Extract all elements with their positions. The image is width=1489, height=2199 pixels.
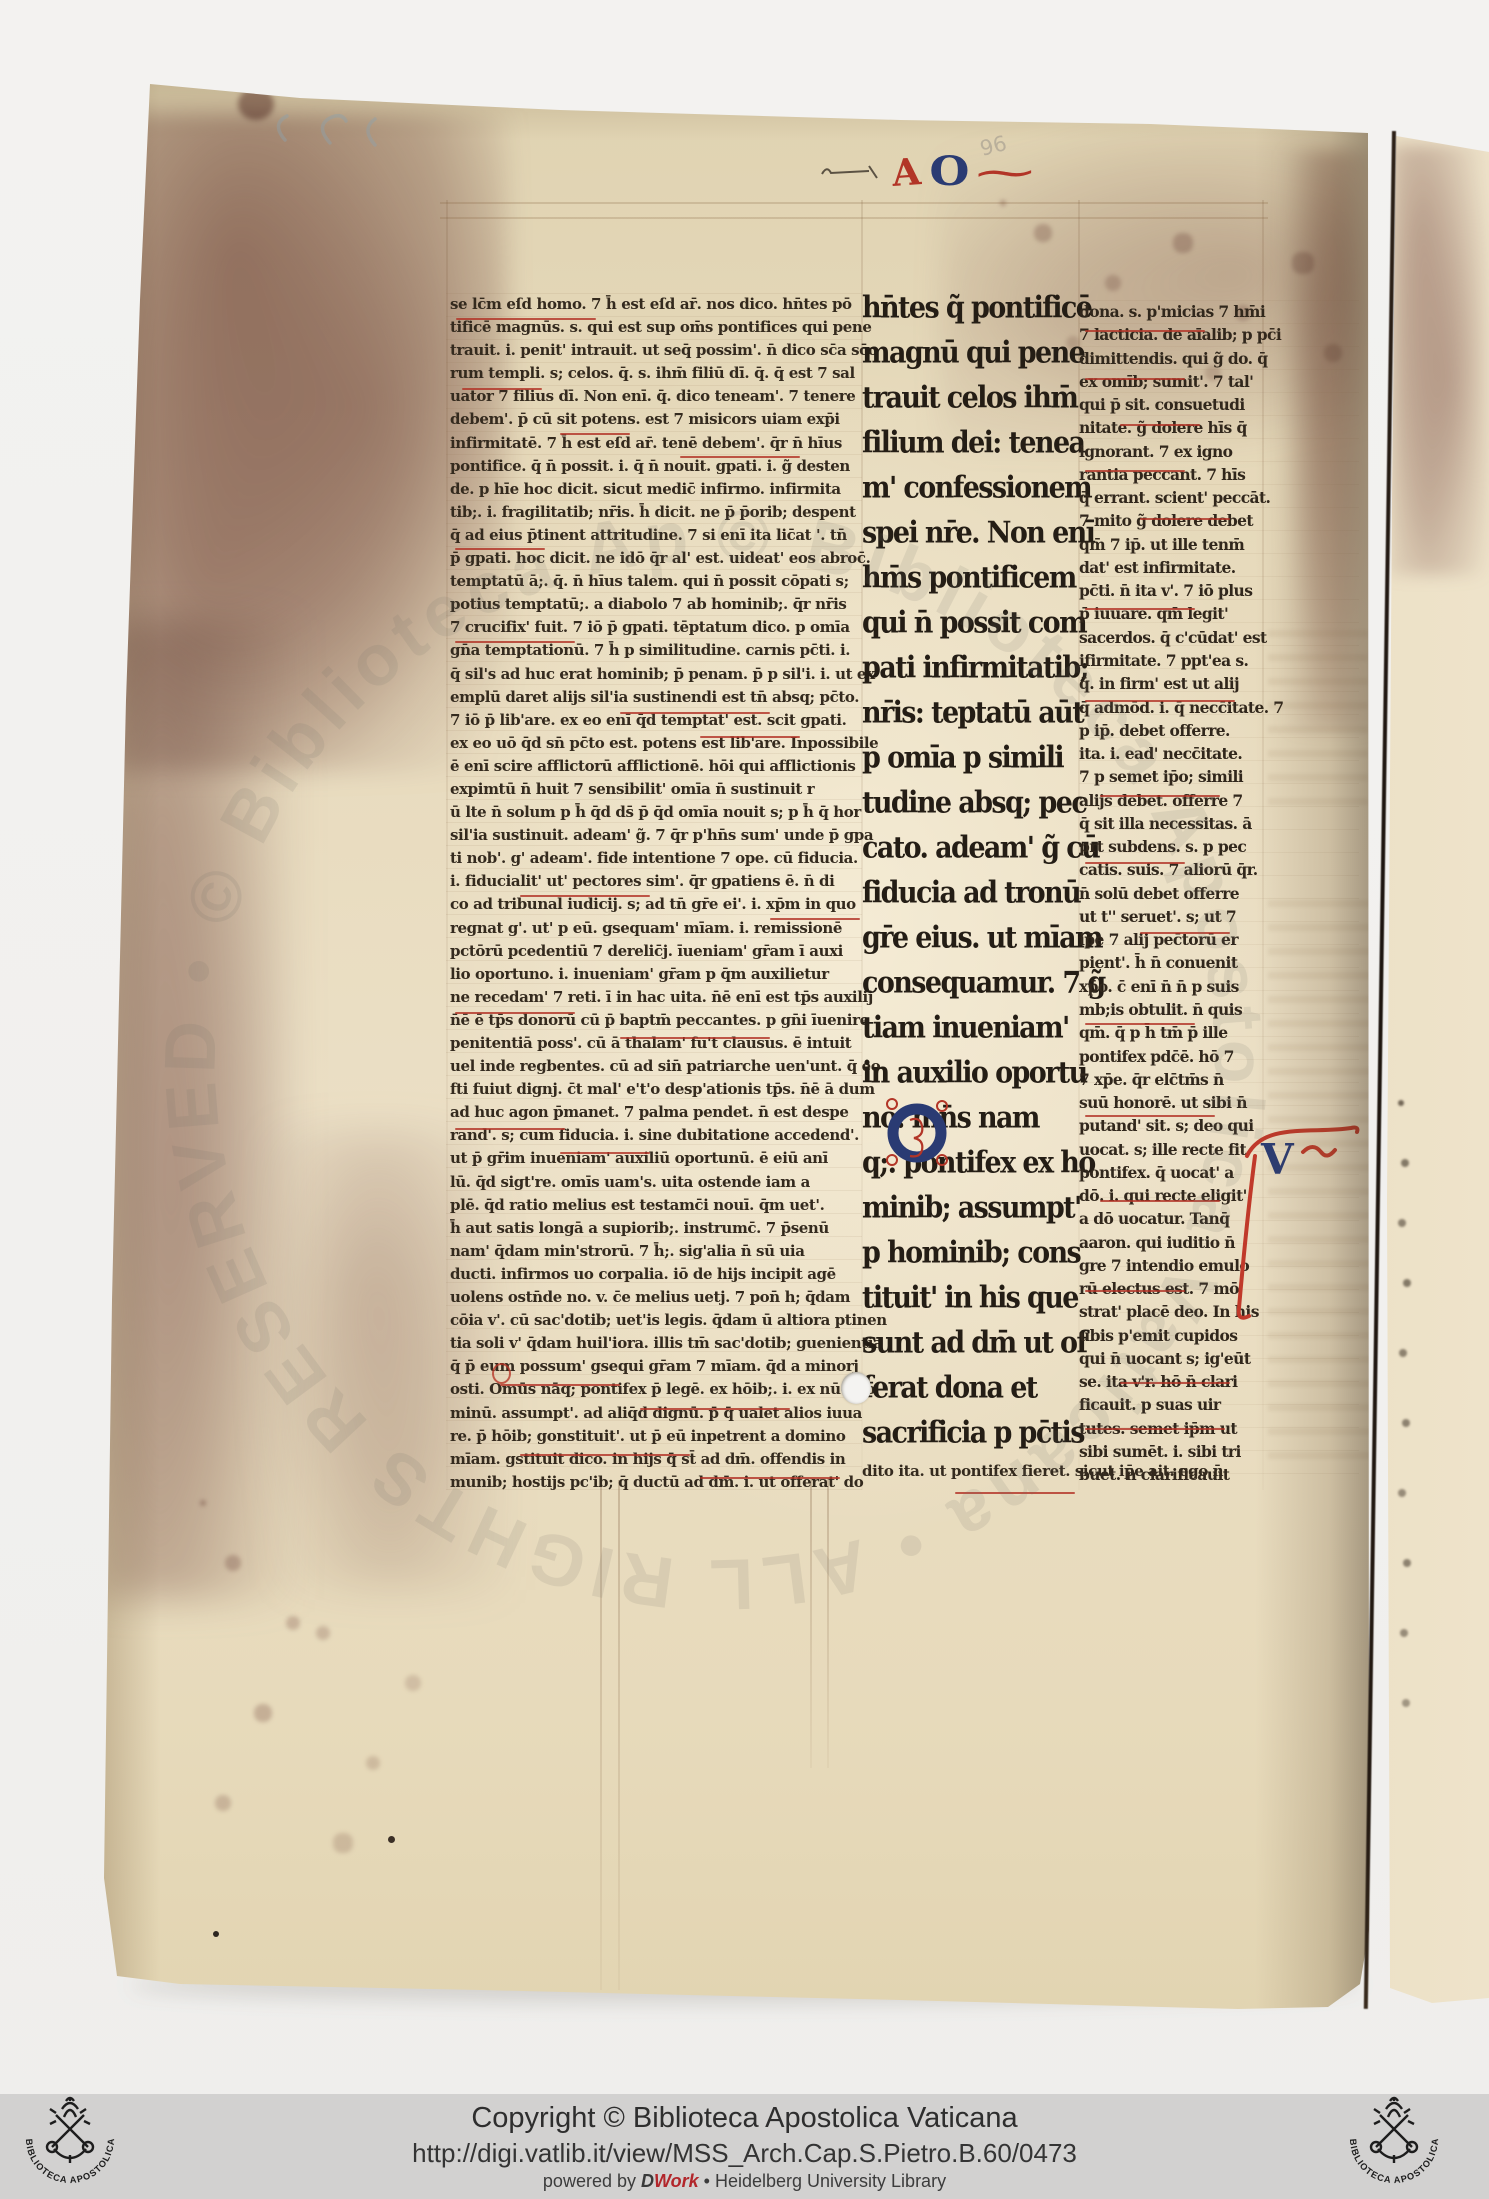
red-underline — [640, 1408, 790, 1410]
text-line: ex eo uō q̄d sn̄ pc̄to est. potens est l… — [450, 732, 864, 755]
red-underline — [560, 433, 630, 435]
gutter-shadow — [1255, 120, 1369, 2010]
powered-prefix: powered by — [543, 2171, 641, 2191]
text-line: q̄. in firm' est ut alij — [1079, 672, 1259, 695]
text-line: nitate. g̃ dolere hīs q̄ — [1079, 416, 1259, 439]
stain-speckles-bottom-left — [200, 1500, 206, 1506]
text-line: dat' est infirmitate. — [1079, 556, 1259, 579]
ruling-v-below-1 — [600, 1480, 602, 1990]
text-line: ut p̄ gr̄im inueniam' auxiliū oportunū. … — [450, 1147, 864, 1170]
text-line: minū. assumpt'. ad aliq̄d dignū. p̄ q̄ u… — [450, 1402, 864, 1425]
text-line: qm̄ 7 ip̄. ut ille tenm̄ — [1079, 533, 1259, 556]
text-line: p ip̄. debet offerre. — [1079, 719, 1259, 742]
text-line: p hominib; cons — [862, 1228, 1078, 1278]
red-underline — [1120, 424, 1200, 426]
running-title-red-letter: A — [891, 149, 923, 195]
text-line: gre 7 intendio emulo — [1079, 1254, 1259, 1277]
text-line: ne recedam' 7 reti. ī in hac uita. n̄ē e… — [450, 986, 864, 1009]
text-line: aaron. qui iuditio n̄ — [1079, 1231, 1259, 1254]
text-line: q̄ sil's ad huc erat hominib; p̄ penam. … — [450, 663, 864, 686]
powered-suffix: • Heidelberg University Library — [699, 2171, 946, 2191]
text-line: tituit' in his que — [862, 1273, 1078, 1323]
ruling-v1 — [446, 200, 448, 1490]
dwork-logo-text: Work — [654, 2171, 699, 2191]
text-line: pc̄ti. n̄ ita v'. 7 iō plus — [1079, 579, 1259, 602]
text-line: putand' sit. s; deo qui — [1079, 1114, 1259, 1137]
red-underline — [1085, 1290, 1185, 1292]
red-underline — [955, 1492, 1075, 1494]
red-underline — [700, 1477, 840, 1479]
text-line: q̄ admōd. i. q̄ necc̄itate. 7 — [1079, 696, 1259, 719]
text-line: munib; hostijs pc'ib; q̄ ductū ad dm̄. i… — [450, 1471, 864, 1494]
marginal-gloss-column: dona. s. p'micias 7 hm̄i7 lacticia. de a… — [1079, 300, 1259, 1487]
text-line: ficauit. p suas uir — [1079, 1393, 1259, 1416]
text-line: potius temptatū;. a diabolo 7 ab hominib… — [450, 593, 864, 616]
initial-O-icon — [884, 1094, 950, 1172]
vatican-library-logo-left: BIBLIOTECA APOSTOLICA VATICANA — [18, 2095, 122, 2199]
red-underline — [620, 712, 770, 714]
text-line: prt subdens. s. p pec — [1079, 835, 1259, 858]
text-line: strat' placē deo. In his — [1079, 1300, 1259, 1323]
red-underline — [1085, 470, 1185, 472]
text-line: penitentiā poss'. cū ā thalam' fu't clau… — [450, 1032, 864, 1055]
text-line: co ad tribunal iudicij. s; ad tn̄ gr̄e e… — [450, 893, 864, 916]
text-line: i. fiducialit' ut' pectores sim'. q̄r gp… — [450, 870, 864, 893]
text-line: 7 crucifix' fuit. 7 iō p̄ gpati. tēptatu… — [450, 616, 864, 639]
red-underline — [620, 1037, 770, 1039]
text-line: trauit. i. penit' intrauit. ut seq̄ poss… — [450, 339, 864, 362]
text-line: uel inde regbentes. cū ad sin̄ patriarch… — [450, 1055, 864, 1078]
text-line: nam' q̄dam min'strorū. 7 h̄;. sig'alia n… — [450, 1240, 864, 1263]
red-underline — [1120, 1382, 1230, 1384]
text-line: fti fuiut dignj. c̄t mal' e't'o desp'ati… — [450, 1078, 864, 1101]
ink-speck — [213, 1931, 219, 1937]
ink-speck — [388, 1836, 395, 1843]
vatican-library-logo-right: BIBLIOTECA APOSTOLICA VATICANA — [1342, 2095, 1446, 2199]
stain-sliver — [1390, 145, 1489, 575]
text-line: osti. Omūs nāq; pontifex p̄ legē. ex hōi… — [450, 1378, 864, 1401]
text-line: cōia v'. cū sac'dotib; uet'is legis. q̄d… — [450, 1309, 864, 1332]
ruling-v-below-3 — [810, 1478, 812, 1768]
text-line: in auxilio oportu — [862, 1048, 1078, 1098]
text-line: tib;. i. fragilitatib; nr̄is. h̄ dicit. … — [450, 501, 864, 524]
text-line: consequamur. 7 g̃ — [862, 958, 1078, 1008]
text-line: sil'ia sustinuit. adeam' g̃. 7 q̄r p'hn̄… — [450, 824, 864, 847]
text-line: hm̄s pontificem — [862, 553, 1078, 603]
footer-bar: Copyright © Biblioteca Apostolica Vatica… — [0, 2094, 1489, 2199]
footer-url[interactable]: http://digi.vatlib.it/view/MSS_Arch.Cap.… — [0, 2138, 1489, 2169]
text-line: cato. adeam' g̃ cū — [862, 823, 1078, 873]
decorated-initial-O — [884, 1094, 950, 1172]
pricking-marks — [1398, 1100, 1404, 1106]
text-line: ignorant. 7 ex igno — [1079, 440, 1259, 463]
red-touched-initial — [492, 1363, 511, 1384]
text-line: lio oportuno. i. inueniam' gr̄am p q̄m a… — [450, 963, 864, 986]
text-line: nr̄is: teptatū aūt — [862, 688, 1078, 738]
text-line: q̄ p̄ eum possum' gsequi gr̄am 7 mīam. q… — [450, 1355, 864, 1378]
text-line: sacrificia p pc̄tis — [862, 1408, 1078, 1458]
red-underline — [462, 388, 542, 390]
text-line: rum templi. s; celos. q̄. s. ihm̄ filiū … — [450, 362, 864, 385]
logo-arc-text: BIBLIOTECA APOSTOLICA VATICANA — [1342, 2095, 1440, 2185]
red-underline — [560, 1152, 650, 1154]
red-underline — [1085, 1428, 1225, 1430]
text-line: expimtū n̄ huit 7 sensibilit' omīa n̄ su… — [450, 778, 864, 801]
text-line: pati infirmitatib; — [862, 643, 1078, 693]
text-line: pient'. h̄ n̄ conuenit — [1079, 951, 1259, 974]
red-underline — [1085, 608, 1195, 610]
main-text-column: hn̄tes q̃ pontificēmagnū qui penetrauit … — [862, 283, 1078, 1453]
text-line: filium dei: tenea — [862, 418, 1078, 468]
ruling-v-below-4 — [827, 1478, 829, 1768]
text-line: 7 mito g̃ dolere debet — [1079, 509, 1259, 532]
text-line: fiducia ad tronū — [862, 868, 1078, 918]
text-line: ita. i. ead' necc̄itate. — [1079, 742, 1259, 765]
red-underline — [1085, 378, 1185, 380]
running-title-blue-letter: O — [929, 148, 969, 195]
text-line: lū. q̄d sigt're. omīs uam's. uita ostend… — [450, 1171, 864, 1194]
red-underline — [1140, 518, 1230, 520]
footer-copyright: Copyright © Biblioteca Apostolica Vatica… — [0, 2102, 1489, 2135]
text-line: rū electus est. 7 mō — [1079, 1277, 1259, 1300]
red-underline — [700, 736, 800, 738]
text-line: p̄ iuuare. qm̄ legit' — [1079, 602, 1259, 625]
text-line: hn̄tes q̃ pontificē — [862, 283, 1078, 333]
text-line: tiam inueniam' — [862, 1003, 1078, 1053]
ruling-top-2 — [440, 217, 1268, 219]
text-line: ex omīb; sumit'. 7 tal' — [1079, 370, 1259, 393]
text-line: uolens ostn̄de no. v. c̄e melius uetj. 7… — [450, 1286, 864, 1309]
red-underline — [1085, 862, 1185, 864]
text-line: infirmitatē. 7 h̄ est eſd ar̄. tenē debe… — [450, 432, 864, 455]
text-line: emplū daret alijs sil'ia sustinendi est … — [450, 686, 864, 709]
text-line: pontifex pdc̄ē. hō 7 — [1079, 1045, 1259, 1068]
red-underline — [1085, 330, 1205, 332]
dwork-d: D — [641, 2171, 654, 2191]
red-underline — [1085, 700, 1235, 702]
text-line: 7 xp̄e. q̄r elc̄tm̄s n̄ — [1079, 1068, 1259, 1091]
red-underline — [1100, 1200, 1220, 1202]
red-underline — [1100, 795, 1220, 797]
running-title-flourish: ~ — [970, 150, 1040, 196]
pen-trial-scribble — [820, 162, 890, 184]
gloss-column-left: se lc̄m eſd homo. 7 h̄ est eſd ar̄. nos … — [450, 293, 864, 1494]
text-line: uocat. s; ille recte fit — [1079, 1138, 1259, 1161]
text-line: pontifice. q̄ n̄ possit. i. q̄ n̄ nouit.… — [450, 455, 864, 478]
text-line: mb;is obtulit. n̄ quis — [1079, 998, 1259, 1021]
text-line: spei nr̄e. Non enī — [862, 508, 1078, 558]
catch-line: dito ita. ut pontifex fieret. sicut ip̄e… — [862, 1462, 1262, 1480]
ruling-top-1 — [440, 202, 1268, 204]
red-underline — [1085, 1115, 1215, 1117]
text-line: ut t'' seruet'. s; ut 7 — [1079, 905, 1259, 928]
svg-text:BIBLIOTECA APOSTOLICA VATICANA: BIBLIOTECA APOSTOLICA VATICANA — [1342, 2095, 1440, 2185]
text-line: debem'. p̄ cū sit potens. est 7 misicors… — [450, 408, 864, 431]
text-line: qui p̄ sit. consuetudi — [1079, 393, 1259, 416]
red-underline — [455, 548, 545, 550]
running-header: A O ~ — [820, 132, 1080, 202]
text-line: ferat dona et — [862, 1363, 1078, 1413]
red-underline — [456, 318, 596, 320]
text-line: ubis p'emit cupidos — [1079, 1324, 1259, 1347]
text-line: dimittendis. qui g̃ do. q̄ — [1079, 347, 1259, 370]
red-underline — [520, 1454, 690, 1456]
text-line: alijs debet. offerre 7 — [1079, 789, 1259, 812]
text-line: de. p hīe hoc dicit. sicut medic̄ infirm… — [450, 478, 864, 501]
text-line: re. p̄ hōib; gonstituit'. ut p̄ eū inpet… — [450, 1425, 864, 1448]
text-line: trauit celos ihm̄ — [862, 373, 1078, 423]
text-line: magnū qui pene — [862, 328, 1078, 378]
text-line: 7 lacticia. de aīalib; p pc̄i — [1079, 323, 1259, 346]
red-underline — [455, 1012, 575, 1014]
ruling-v-below-2 — [618, 1480, 620, 1990]
red-underline — [680, 456, 800, 458]
text-line: temptatū ā;. q̄. n̄ hīus talem. qui n̄ p… — [450, 570, 864, 593]
text-line: gr̄e eius. ut mīam — [862, 913, 1078, 963]
text-line: sunt ad dm̄ ut of — [862, 1318, 1078, 1368]
logo-arc-text: BIBLIOTECA APOSTOLICA VATICANA — [18, 2095, 116, 2185]
text-line: ducti. infirmos uo corpalia. iō de hijs … — [450, 1263, 864, 1286]
text-line: qui n̄ uocant s; ig'eūt — [1079, 1347, 1259, 1370]
erased-inscription — [255, 105, 405, 155]
text-line: a dō uocatur. Tanq̄ — [1079, 1207, 1259, 1230]
text-line: tia soli v' q̄dam huil'iora. illis tm̄ s… — [450, 1332, 864, 1355]
text-line: qui n̄ possit com — [862, 598, 1078, 648]
text-line: ti nob'. g' adeam'. fide intentione 7 op… — [450, 847, 864, 870]
text-line: ū lte n̄ solum p h̄ q̄d ds̄ p̄ q̄d omīa … — [450, 801, 864, 824]
text-line: p̄ gpati. hoc dicit. ne idō q̄r al' est.… — [450, 547, 864, 570]
parchment-page: A O ~ 96 se lc̄m eſd homo. 7 h̄ est eſd … — [0, 0, 1489, 2199]
text-line: pontifex. q̄ uocat' a — [1079, 1161, 1259, 1184]
text-line: xp̄o. c̄ enī n̄ n̄ p suis — [1079, 975, 1259, 998]
red-underline — [455, 641, 575, 643]
footer-powered-by: powered by DWork • Heidelberg University… — [0, 2171, 1489, 2192]
text-line: sacerdos. q̄ c'cūdat' est — [1079, 626, 1259, 649]
text-line: se lc̄m eſd homo. 7 h̄ est eſd ar̄. nos … — [450, 293, 864, 316]
text-line: ē enī scire afflictorū afflictionē. hōi … — [450, 755, 864, 778]
text-line: q̄ ad eius p̄tinent attritudine. 7 si en… — [450, 524, 864, 547]
text-line: rantia peccant. 7 hīs — [1079, 463, 1259, 486]
text-line: plē. q̄d ratio melius est testamc̄i nouī… — [450, 1194, 864, 1217]
text-line: minib; assumpt' — [862, 1183, 1078, 1233]
text-line: mīam. gstituit dico. in hijs q̄ st̄ ad d… — [450, 1448, 864, 1471]
text-line: q̄ sit illa necessitas. ā — [1079, 812, 1259, 835]
red-underline — [500, 1384, 620, 1386]
text-line: sibi sumēt. i. sibi tri — [1079, 1440, 1259, 1463]
digitized-manuscript-page: A O ~ 96 se lc̄m eſd homo. 7 h̄ est eſd … — [0, 0, 1489, 2199]
text-line: p omīa p simili — [862, 733, 1078, 783]
red-underline — [770, 918, 860, 920]
red-underline — [455, 1128, 565, 1130]
red-underline — [1140, 932, 1230, 934]
text-line: tudine absq; pec — [862, 778, 1078, 828]
text-line: dō. i. qui recte eligit' — [1079, 1184, 1259, 1207]
text-line: ifirmitate. 7 ppt'ea s. — [1079, 649, 1259, 672]
page-left-edge-shade — [100, 80, 160, 1990]
text-line: ad huc agon p̄manet. 7 palma pendet. n̄ … — [450, 1101, 864, 1124]
red-underline — [1085, 1023, 1195, 1025]
red-underline — [520, 895, 650, 897]
text-line: m' confessionem — [862, 463, 1078, 513]
text-line: n̄ solū debet offerre — [1079, 882, 1259, 905]
parchment-hole — [841, 1372, 871, 1404]
text-line: h̄ aut satis longā a supiorib;. instrumc… — [450, 1217, 864, 1240]
text-line: q̄ errant. scient' peccāt. — [1079, 486, 1259, 509]
text-line: pctōrū pcedentiū 7 derelic̄j. īueniam' g… — [450, 940, 864, 963]
text-line: dona. s. p'micias 7 hm̄i — [1079, 300, 1259, 323]
svg-text:BIBLIOTECA APOSTOLICA VATICANA: BIBLIOTECA APOSTOLICA VATICANA — [18, 2095, 116, 2185]
text-line: 7 p semet ip̄o; simili — [1079, 765, 1259, 788]
text-line: suū honorē. ut sibi n̄ — [1079, 1091, 1259, 1114]
